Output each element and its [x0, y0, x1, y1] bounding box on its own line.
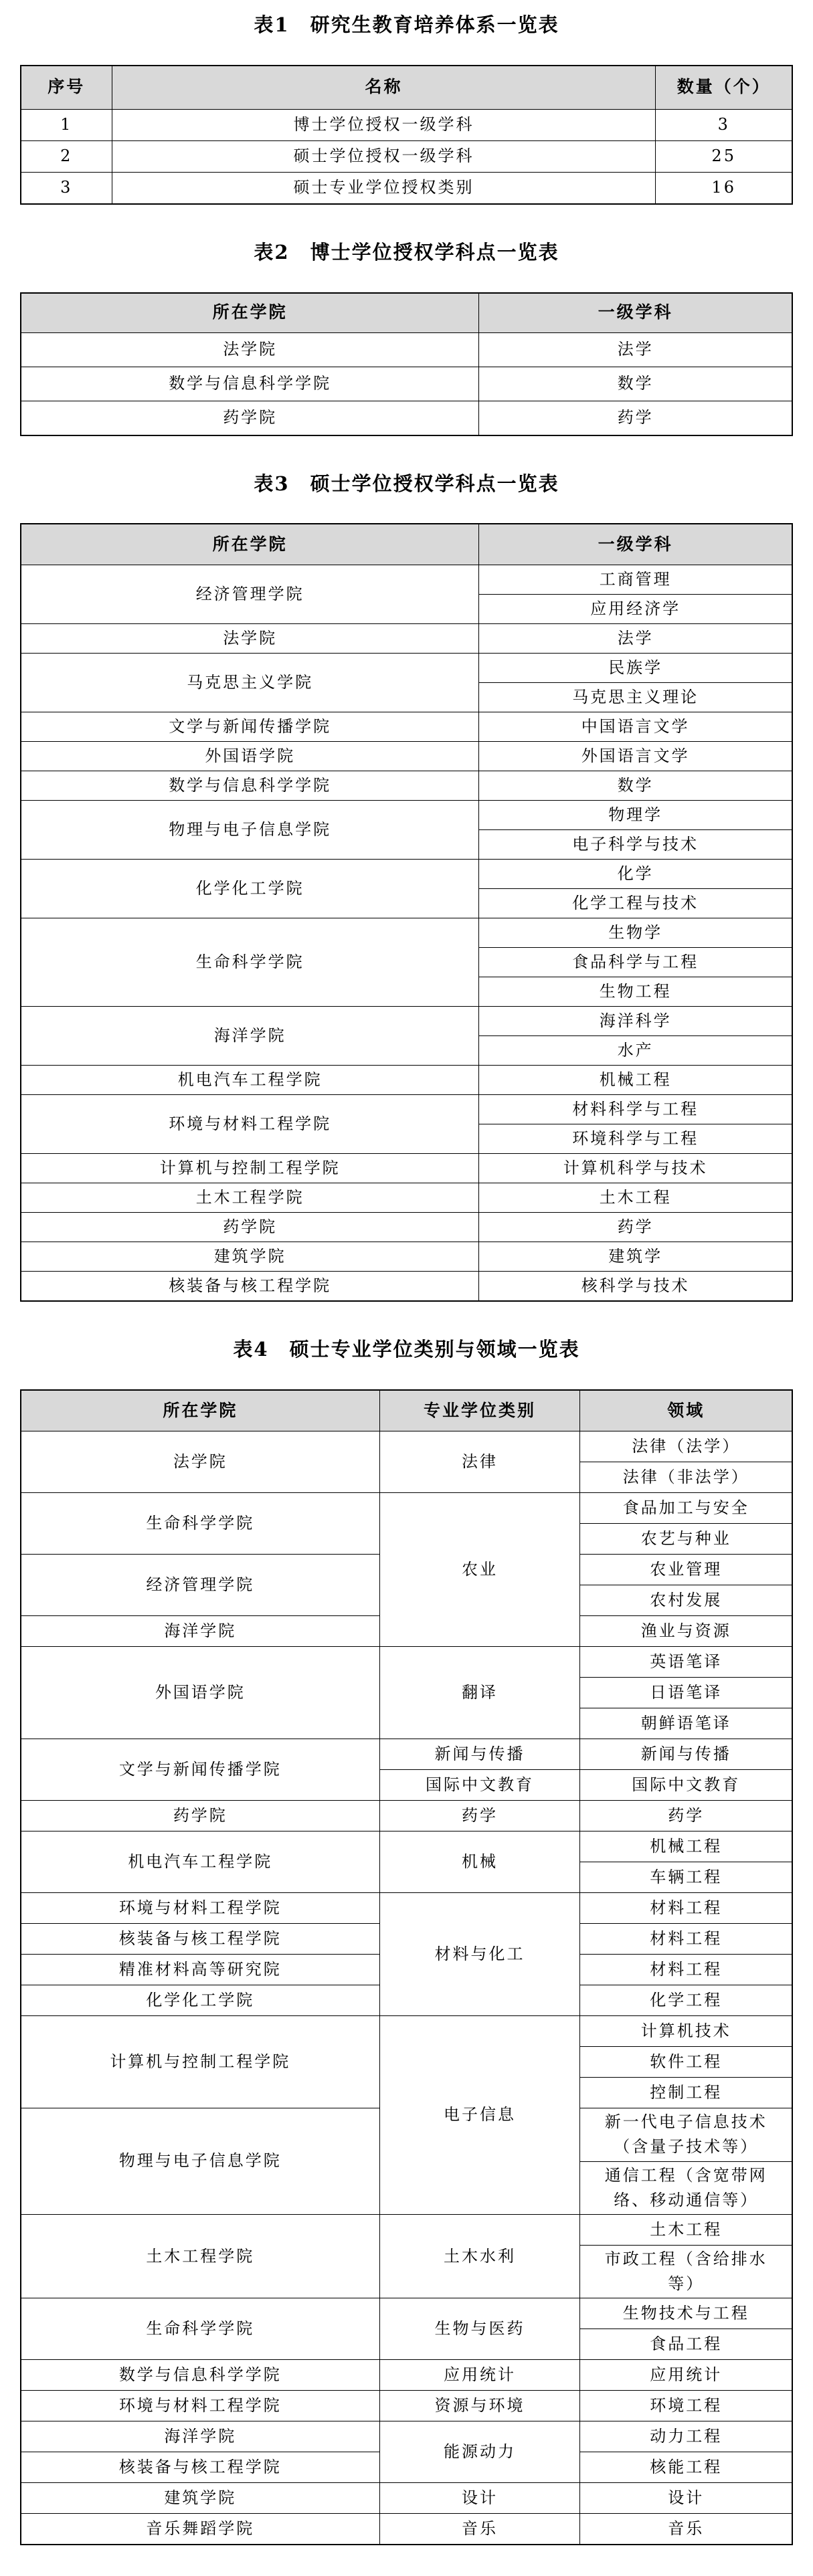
table-cell: 建筑学 [479, 1242, 792, 1272]
table-cell: 药学 [580, 1801, 792, 1831]
document-page: 表1 研究生教育培养体系一览表 序号名称数量（个） 1博士学位授权一级学科32硕… [0, 0, 813, 2576]
table-cell: 法律 [379, 1431, 580, 1493]
column-header: 数量（个） [656, 66, 792, 110]
table-cell: 土木工程学院 [21, 2214, 379, 2298]
table-cell: 外国语言文学 [479, 742, 792, 771]
table-cell: 机械 [379, 1831, 580, 1893]
table-cell: 食品科学与工程 [479, 948, 792, 977]
table-row: 海洋学院能源动力动力工程 [21, 2421, 792, 2452]
table-cell: 药学院 [21, 1801, 379, 1831]
table-cell: 电子科学与技术 [479, 830, 792, 860]
table-cell: 能源动力 [379, 2421, 580, 2483]
training-system-table: 序号名称数量（个） 1博士学位授权一级学科32硕士学位授权一级学科253硕士专业… [20, 65, 793, 205]
table-cell: 农业 [379, 1493, 580, 1647]
column-header: 专业学位类别 [379, 1390, 580, 1431]
table-cell: 生命科学学院 [21, 2298, 379, 2360]
table-cell: 建筑学院 [21, 2483, 379, 2514]
table-cell: 环境科学与工程 [479, 1124, 792, 1154]
table-cell: 食品加工与安全 [580, 1493, 792, 1524]
column-header: 一级学科 [479, 524, 792, 565]
table-row: 数学与信息科学学院应用统计应用统计 [21, 2360, 792, 2391]
table-cell: 翻译 [379, 1647, 580, 1739]
table-cell: 新一代电子信息技术 （含量子技术等） [580, 2108, 792, 2161]
table-cell: 硕士专业学位授权类别 [112, 172, 656, 204]
table-row: 生命科学学院生物与医药生物技术与工程 [21, 2298, 792, 2329]
table-cell: 马克思主义理论 [479, 683, 792, 712]
table-row: 生命科学学院农业食品加工与安全 [21, 1493, 792, 1524]
table3-section: 表3 硕士学位授权学科点一览表 所在学院一级学科 经济管理学院工商管理应用经济学… [20, 472, 793, 1302]
table-cell: 机械工程 [479, 1066, 792, 1095]
table-cell: 物理与电子信息学院 [21, 801, 479, 860]
header-row: 序号名称数量（个） [21, 66, 792, 110]
table4-section: 表4 硕士专业学位类别与领域一览表 所在学院专业学位类别领域 法学院法律法律（法… [20, 1338, 793, 2545]
table-cell: 新闻与传播 [379, 1739, 580, 1770]
table-cell: 化学工程与技术 [479, 889, 792, 918]
table-cell: 经济管理学院 [21, 565, 479, 624]
table-cell: 数学与信息科学学院 [21, 367, 479, 401]
table-row: 建筑学院设计设计 [21, 2483, 792, 2514]
table-cell: 3 [21, 172, 112, 204]
table-cell: 化学化工学院 [21, 860, 479, 918]
table-cell: 核装备与核工程学院 [21, 1272, 479, 1302]
table-cell: 数学与信息科学学院 [21, 771, 479, 801]
header-row: 所在学院一级学科 [21, 524, 792, 565]
table-row: 环境与材料工程学院材料与化工材料工程 [21, 1893, 792, 1924]
table-cell: 机电汽车工程学院 [21, 1066, 479, 1095]
table-cell: 中国语言文学 [479, 712, 792, 742]
table-body: 法学院法律法律（法学）法律（非法学）生命科学学院农业食品加工与安全农艺与种业经济… [21, 1431, 792, 2545]
table-cell: 海洋学院 [21, 2421, 379, 2452]
table-body: 经济管理学院工商管理应用经济学法学院法学马克思主义学院民族学马克思主义理论文学与… [21, 565, 792, 1302]
table-cell: 应用统计 [379, 2360, 580, 2391]
table-cell: 音乐 [379, 2514, 580, 2545]
table-cell: 环境工程 [580, 2391, 792, 2421]
column-header: 所在学院 [21, 293, 479, 333]
header-row: 所在学院一级学科 [21, 293, 792, 333]
table-cell: 生物与医药 [379, 2298, 580, 2360]
table2-section: 表2 博士学位授权学科点一览表 所在学院一级学科 法学院法学数学与信息科学学院数… [20, 241, 793, 436]
table-cell: 农村发展 [580, 1585, 792, 1616]
table-cell: 动力工程 [580, 2421, 792, 2452]
table-cell: 材料工程 [580, 1955, 792, 1985]
table-cell: 机械工程 [580, 1831, 792, 1862]
table-cell: 药学院 [21, 401, 479, 435]
table-cell: 生物技术与工程 [580, 2298, 792, 2329]
table-cell: 法学院 [21, 1431, 379, 1493]
table-cell: 市政工程（含给排水 等） [580, 2245, 792, 2298]
table-cell: 材料工程 [580, 1893, 792, 1924]
table-cell: 土木水利 [379, 2214, 580, 2298]
table-cell: 生命科学学院 [21, 1493, 379, 1555]
table-row: 机电汽车工程学院机械机械工程 [21, 1831, 792, 1862]
table-row: 文学与新闻传播学院新闻与传播新闻与传播 [21, 1739, 792, 1770]
table-row: 药学院药学 [21, 401, 792, 435]
table1-title: 表1 研究生教育培养体系一览表 [20, 13, 793, 37]
table-cell: 设计 [379, 2483, 580, 2514]
table-row: 海洋学院海洋科学 [21, 1007, 792, 1036]
table-cell: 材料与化工 [379, 1893, 580, 2016]
table-row: 法学院法律法律（法学） [21, 1431, 792, 1462]
table-cell: 车辆工程 [580, 1862, 792, 1893]
table-cell: 物理学 [479, 801, 792, 830]
table-row: 机电汽车工程学院机械工程 [21, 1066, 792, 1095]
table-cell: 核装备与核工程学院 [21, 1924, 379, 1955]
table-cell: 外国语学院 [21, 742, 479, 771]
table-cell: 文学与新闻传播学院 [21, 1739, 379, 1801]
table-header: 所在学院一级学科 [21, 293, 792, 333]
professional-degree-table: 所在学院专业学位类别领域 法学院法律法律（法学）法律（非法学）生命科学学院农业食… [20, 1389, 793, 2545]
table-cell: 化学化工学院 [21, 1985, 379, 2016]
table1-section: 表1 研究生教育培养体系一览表 序号名称数量（个） 1博士学位授权一级学科32硕… [20, 13, 793, 205]
table-cell: 法学 [479, 624, 792, 654]
table-header: 所在学院专业学位类别领域 [21, 1390, 792, 1431]
table-row: 核装备与核工程学院核科学与技术 [21, 1272, 792, 1302]
table-cell: 土木工程 [580, 2214, 792, 2245]
table-cell: 外国语学院 [21, 1647, 379, 1739]
table-cell: 食品工程 [580, 2329, 792, 2360]
table-cell: 电子信息 [379, 2016, 580, 2215]
table-cell: 土木工程 [479, 1183, 792, 1213]
table-cell: 海洋学院 [21, 1007, 479, 1066]
table-cell: 25 [656, 140, 792, 172]
table-row: 土木工程学院土木水利土木工程 [21, 2214, 792, 2245]
table-cell: 药学 [479, 1213, 792, 1242]
table-cell: 核科学与技术 [479, 1272, 792, 1302]
table-cell: 音乐 [580, 2514, 792, 2545]
table-body: 法学院法学数学与信息科学学院数学药学院药学 [21, 332, 792, 435]
table-cell: 法学院 [21, 624, 479, 654]
table-row: 3硕士专业学位授权类别16 [21, 172, 792, 204]
table-cell: 生物学 [479, 918, 792, 948]
table-cell: 核能工程 [580, 2452, 792, 2483]
table-cell: 计算机科学与技术 [479, 1154, 792, 1183]
table-cell: 应用经济学 [479, 595, 792, 624]
table-cell: 经济管理学院 [21, 1555, 379, 1616]
table-row: 建筑学院建筑学 [21, 1242, 792, 1272]
table-cell: 16 [656, 172, 792, 204]
table-cell: 水产 [479, 1036, 792, 1066]
table-row: 物理与电子信息学院物理学 [21, 801, 792, 830]
table-cell: 3 [656, 109, 792, 140]
table-cell: 核装备与核工程学院 [21, 2452, 379, 2483]
table-cell: 化学 [479, 860, 792, 889]
table-row: 音乐舞蹈学院音乐音乐 [21, 2514, 792, 2545]
table-cell: 材料科学与工程 [479, 1095, 792, 1124]
table2-title: 表2 博士学位授权学科点一览表 [20, 241, 793, 264]
table-cell: 农业管理 [580, 1555, 792, 1585]
table-cell: 英语笔译 [580, 1647, 792, 1678]
table-cell: 通信工程（含宽带网 络、移动通信等） [580, 2161, 792, 2214]
table-cell: 海洋学院 [21, 1616, 379, 1647]
table-row: 药学院药学药学 [21, 1801, 792, 1831]
table-row: 计算机与控制工程学院电子信息计算机技术 [21, 2016, 792, 2047]
table-cell: 法学院 [21, 332, 479, 367]
table-header: 序号名称数量（个） [21, 66, 792, 110]
table-cell: 工商管理 [479, 565, 792, 595]
table-cell: 农艺与种业 [580, 1524, 792, 1555]
table-row: 马克思主义学院民族学 [21, 654, 792, 683]
table-cell: 数学 [479, 367, 792, 401]
table3-title: 表3 硕士学位授权学科点一览表 [20, 472, 793, 496]
column-header: 所在学院 [21, 1390, 379, 1431]
table-row: 法学院法学 [21, 624, 792, 654]
table-cell: 生物工程 [479, 977, 792, 1007]
table-cell: 法律（非法学） [580, 1462, 792, 1493]
table-cell: 计算机与控制工程学院 [21, 1154, 479, 1183]
doctoral-programs-table: 所在学院一级学科 法学院法学数学与信息科学学院数学药学院药学 [20, 292, 793, 436]
table-row: 环境与材料工程学院资源与环境环境工程 [21, 2391, 792, 2421]
table-cell: 民族学 [479, 654, 792, 683]
table-cell: 药学 [479, 401, 792, 435]
table-cell: 渔业与资源 [580, 1616, 792, 1647]
column-header: 序号 [21, 66, 112, 110]
table-cell: 土木工程学院 [21, 1183, 479, 1213]
table-row: 法学院法学 [21, 332, 792, 367]
table-cell: 国际中文教育 [379, 1770, 580, 1801]
table-cell: 朝鲜语笔译 [580, 1708, 792, 1739]
table-cell: 精准材料高等研究院 [21, 1955, 379, 1985]
table-cell: 机电汽车工程学院 [21, 1831, 379, 1893]
table-row: 土木工程学院土木工程 [21, 1183, 792, 1213]
table-cell: 环境与材料工程学院 [21, 1893, 379, 1924]
table-cell: 马克思主义学院 [21, 654, 479, 712]
table-cell: 国际中文教育 [580, 1770, 792, 1801]
table-row: 数学与信息科学学院数学 [21, 367, 792, 401]
table-cell: 法学 [479, 332, 792, 367]
table-row: 环境与材料工程学院材料科学与工程 [21, 1095, 792, 1124]
table-cell: 音乐舞蹈学院 [21, 2514, 379, 2545]
table-cell: 法律（法学） [580, 1431, 792, 1462]
table-header: 所在学院一级学科 [21, 524, 792, 565]
table-row: 外国语学院翻译英语笔译 [21, 1647, 792, 1678]
table-cell: 资源与环境 [379, 2391, 580, 2421]
table-cell: 博士学位授权一级学科 [112, 109, 656, 140]
table-cell: 2 [21, 140, 112, 172]
table-row: 计算机与控制工程学院计算机科学与技术 [21, 1154, 792, 1183]
table4-title: 表4 硕士专业学位类别与领域一览表 [20, 1338, 793, 1361]
table-row: 经济管理学院工商管理 [21, 565, 792, 595]
table-cell: 日语笔译 [580, 1678, 792, 1708]
column-header: 一级学科 [479, 293, 792, 333]
table-cell: 海洋科学 [479, 1007, 792, 1036]
table-row: 文学与新闻传播学院中国语言文学 [21, 712, 792, 742]
table-cell: 环境与材料工程学院 [21, 1095, 479, 1154]
table-cell: 环境与材料工程学院 [21, 2391, 379, 2421]
table-row: 药学院药学 [21, 1213, 792, 1242]
table-cell: 控制工程 [580, 2078, 792, 2108]
table-cell: 化学工程 [580, 1985, 792, 2016]
table-cell: 计算机技术 [580, 2016, 792, 2047]
table-cell: 建筑学院 [21, 1242, 479, 1272]
column-header: 领域 [580, 1390, 792, 1431]
column-header: 所在学院 [21, 524, 479, 565]
table-cell: 1 [21, 109, 112, 140]
table-cell: 物理与电子信息学院 [21, 2108, 379, 2215]
table-row: 生命科学学院生物学 [21, 918, 792, 948]
table-row: 外国语学院外国语言文学 [21, 742, 792, 771]
table-row: 2硕士学位授权一级学科25 [21, 140, 792, 172]
table-cell: 药学 [379, 1801, 580, 1831]
table-row: 化学化工学院化学 [21, 860, 792, 889]
masters-programs-table: 所在学院一级学科 经济管理学院工商管理应用经济学法学院法学马克思主义学院民族学马… [20, 523, 793, 1302]
header-row: 所在学院专业学位类别领域 [21, 1390, 792, 1431]
table-cell: 新闻与传播 [580, 1739, 792, 1770]
table-cell: 硕士学位授权一级学科 [112, 140, 656, 172]
table-cell: 设计 [580, 2483, 792, 2514]
table-cell: 应用统计 [580, 2360, 792, 2391]
table-cell: 软件工程 [580, 2047, 792, 2078]
table-body: 1博士学位授权一级学科32硕士学位授权一级学科253硕士专业学位授权类别16 [21, 109, 792, 204]
table-cell: 数学与信息科学学院 [21, 2360, 379, 2391]
table-cell: 生命科学学院 [21, 918, 479, 1007]
table-cell: 计算机与控制工程学院 [21, 2016, 379, 2108]
table-cell: 文学与新闻传播学院 [21, 712, 479, 742]
table-cell: 数学 [479, 771, 792, 801]
table-row: 数学与信息科学学院数学 [21, 771, 792, 801]
table-cell: 药学院 [21, 1213, 479, 1242]
column-header: 名称 [112, 66, 656, 110]
table-row: 1博士学位授权一级学科3 [21, 109, 792, 140]
table-cell: 材料工程 [580, 1924, 792, 1955]
